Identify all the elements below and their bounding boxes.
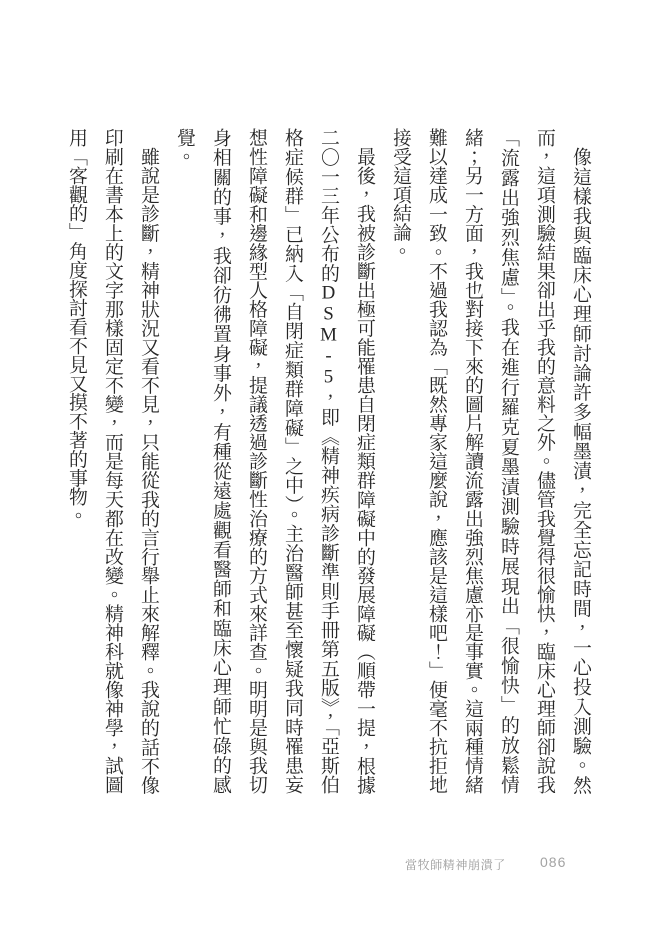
running-footer: 當牧師精神崩潰了 086	[0, 852, 663, 876]
page-body-text: 像這樣我與臨床心理師討論許多幅墨漬，完全忘記時間，一心投入測驗。然而，這項測驗結…	[92, 128, 598, 794]
book-page: 像這樣我與臨床心理師討論許多幅墨漬，完全忘記時間，一心投入測驗。然而，這項測驗結…	[0, 0, 663, 932]
paragraph-2: 最後，我被診斷出極可能罹患自閉症類群障礙中的發展障礙（順帶一提，根據二〇一三年公…	[166, 128, 382, 794]
footer-book-title: 當牧師精神崩潰了	[405, 856, 506, 873]
page-number: 086	[540, 854, 566, 870]
paragraph-1: 像這樣我與臨床心理師討論許多幅墨漬，完全忘記時間，一心投入測驗。然而，這項測驗結…	[382, 128, 598, 794]
paragraph-3: 雖說是診斷，精神狀況又看不見，只能從我的言行舉止來解釋。我說的話不像印刷在書本上…	[58, 128, 166, 794]
